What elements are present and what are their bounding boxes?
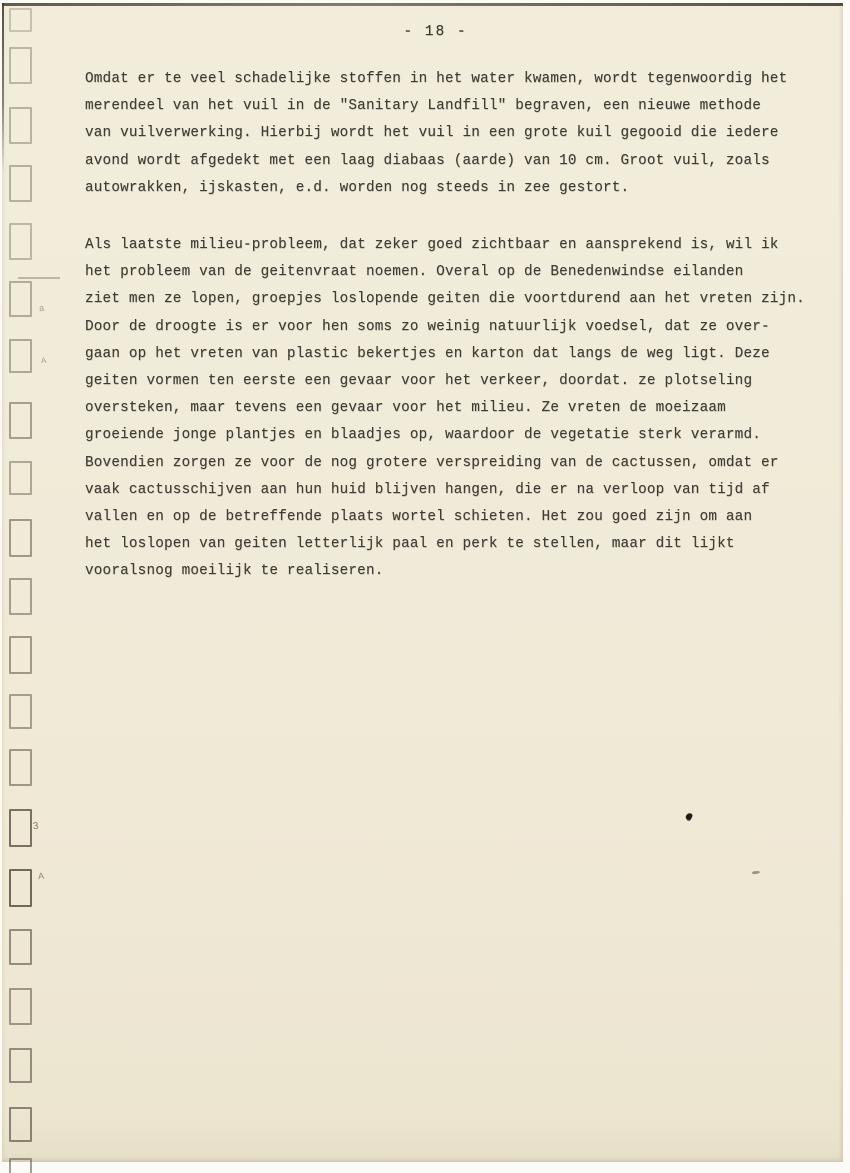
- binding-hole: [9, 636, 32, 674]
- binding-hole: [9, 578, 32, 615]
- binding-hole: [9, 223, 32, 260]
- binding-hole: [9, 1107, 32, 1142]
- paper-sheet: - 18 - Omdat er te veel schadelijke stof…: [2, 3, 843, 1162]
- binding-hole: [9, 749, 32, 786]
- binding-hole: [9, 1048, 32, 1083]
- binding-hole: [9, 809, 32, 847]
- binding-hole: [9, 165, 32, 202]
- document-body: Omdat er te veel schadelijke stoffen in …: [85, 66, 805, 586]
- pencil-mark: A: [41, 356, 47, 366]
- pencil-mark: 3: [32, 821, 39, 833]
- binding-hole: [9, 1158, 32, 1173]
- binding-hole: [9, 519, 32, 557]
- binding-hole: [9, 869, 32, 907]
- pencil-mark: A: [37, 871, 44, 882]
- paragraph-landfill: Omdat er te veel schadelijke stoffen in …: [85, 66, 805, 202]
- scanned-document-page: - 18 - Omdat er te veel schadelijke stof…: [0, 0, 850, 1173]
- binding-hole: [9, 929, 32, 965]
- binding-hole: [9, 988, 32, 1025]
- pencil-line: [18, 277, 60, 279]
- ink-dot: [685, 812, 693, 821]
- binding-hole: [9, 339, 32, 373]
- page-number: - 18 -: [2, 24, 843, 40]
- binding-hole: [9, 107, 32, 144]
- pencil-mark: a: [38, 303, 44, 313]
- smudge-mark: [752, 870, 760, 874]
- paragraph-geitenvraat: Als laatste milieu-probleem, dat zeker g…: [85, 232, 805, 586]
- binding-hole: [9, 461, 32, 495]
- binding-hole: [9, 47, 32, 84]
- binding-hole: [9, 694, 32, 729]
- binding-hole: [9, 281, 32, 317]
- binding-hole: [9, 402, 32, 439]
